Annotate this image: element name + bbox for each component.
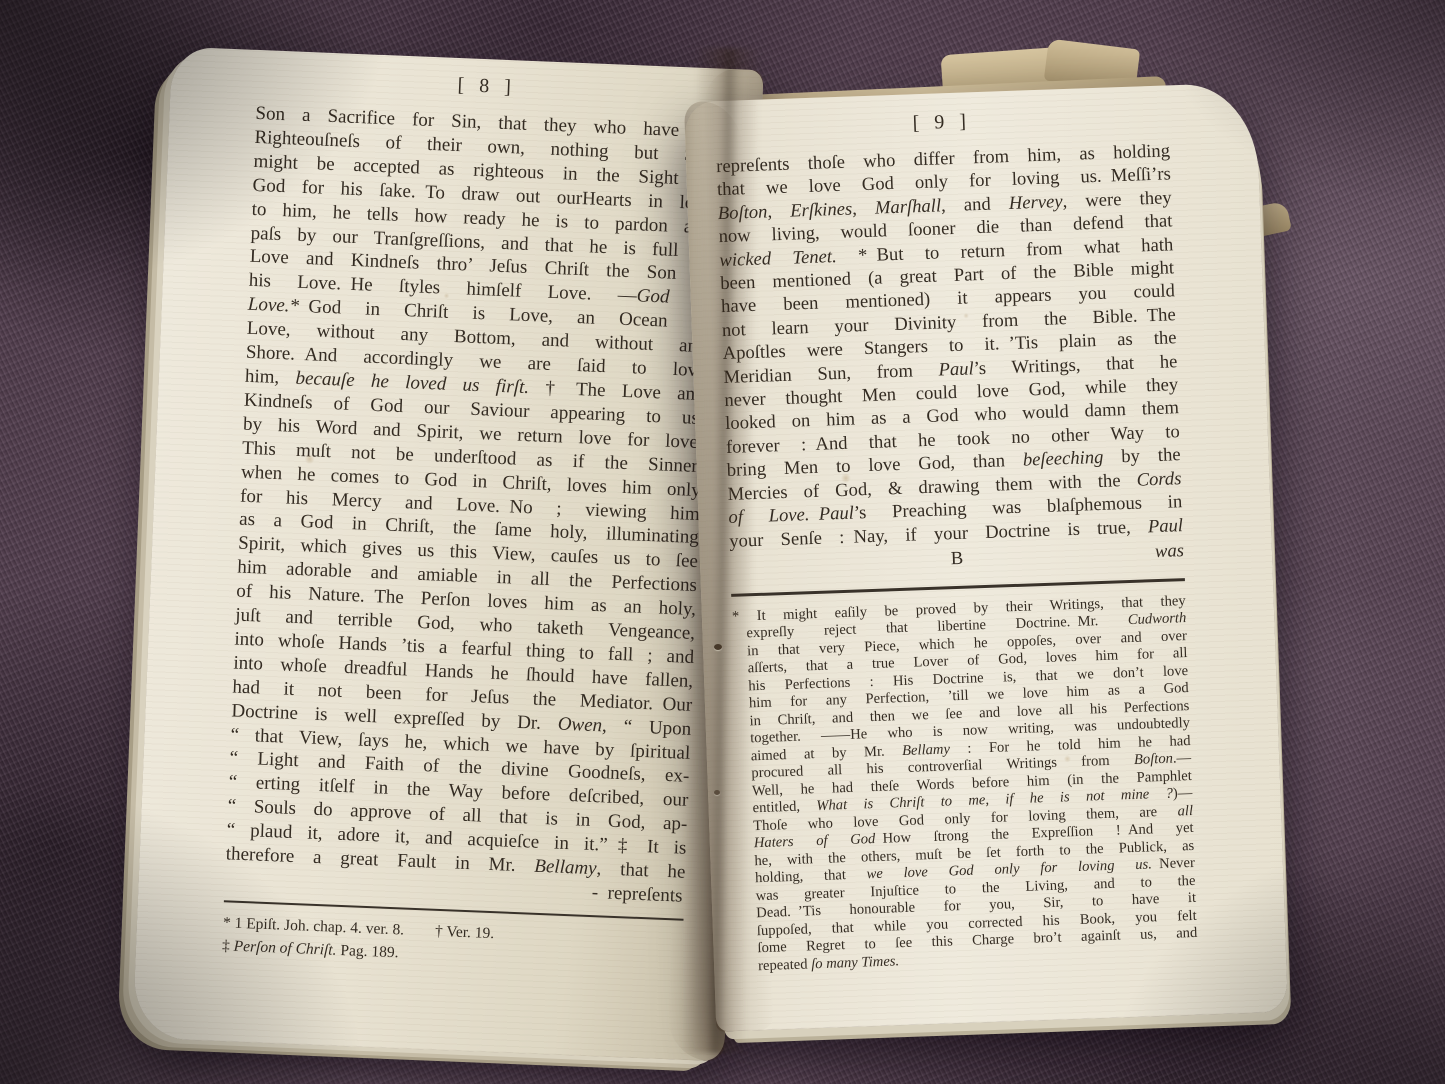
photo-scene: [ 8 ] Son a Sacrifice for Sin, that they… — [0, 0, 1445, 1084]
footnote-rule — [731, 578, 1185, 597]
page-body-text: repreſents thoſe who differ from him, as… — [716, 139, 1184, 553]
right-page-content: [ 9 ] repreſents thoſe who differ from h… — [684, 82, 1288, 1031]
footnotes: * 1 Epiſt. Joh. chap. 4. ver. 8. † Ver. … — [222, 911, 683, 975]
catchword: was — [1155, 539, 1185, 564]
footnotes: * It might eaſily be proved by their Wri… — [732, 593, 1199, 976]
page-number: [ 8 ] — [257, 66, 718, 107]
sewing-hole — [714, 644, 722, 650]
page-body-text: Son a Sacrifice for Sin, that they who h… — [225, 102, 715, 885]
page-number: [ 9 ] — [715, 103, 1170, 142]
left-page: [ 8 ] Son a Sacrifice for Sin, that they… — [132, 47, 763, 1062]
left-page-content: [ 8 ] Son a Sacrifice for Sin, that they… — [132, 47, 763, 1062]
sewing-hole — [714, 790, 720, 795]
right-page: [ 9 ] repreſents thoſe who differ from h… — [684, 82, 1288, 1031]
